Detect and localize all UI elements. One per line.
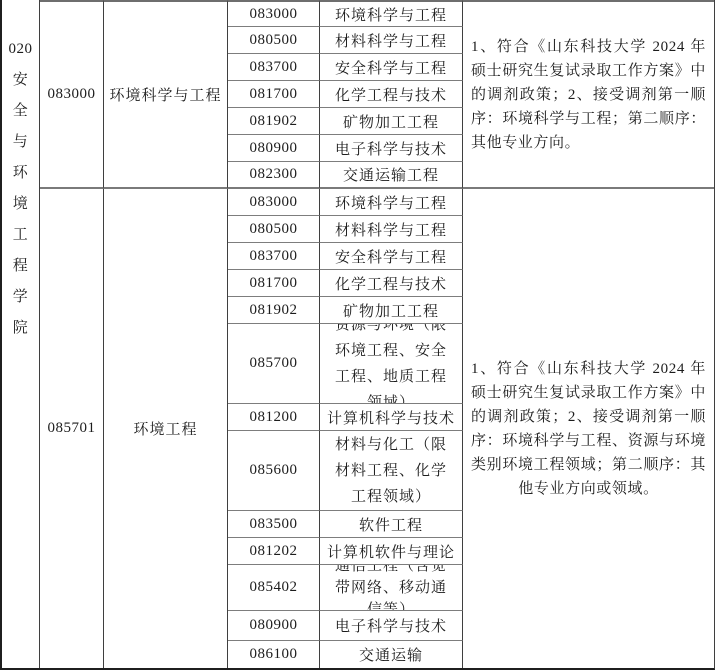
- sub-code-cell: 081202: [228, 538, 320, 565]
- sub-code-cell: 085700: [228, 324, 320, 404]
- sub-code-cell: 081902: [228, 297, 320, 324]
- sub-code-cell: 080900: [228, 611, 320, 641]
- sub-name-cell: 材料科学与工程: [320, 27, 463, 54]
- sub-code-cell: 083700: [228, 54, 320, 81]
- notes-cell: 1、符合《山东科技大学 2024 年硕士研究生复试录取工作方案》中的调剂政策；2…: [463, 0, 714, 189]
- sub-name-cell: 软件工程: [320, 511, 463, 538]
- major-name-cell: 环境科学与工程: [104, 0, 228, 189]
- sub-name-cell: 交通运输工程: [320, 162, 463, 189]
- college-name-char: 与: [13, 127, 29, 158]
- notes-text: 1、符合《山东科技大学 2024 年硕士研究生复试录取工作方案》中的调剂政策；2…: [471, 35, 706, 155]
- sub-name-cell: 化学工程与技术: [320, 270, 463, 297]
- college-name-char: 程: [13, 251, 29, 282]
- major-name-cell: 环境工程: [104, 189, 228, 668]
- sub-name-cell: 化学工程与技术: [320, 81, 463, 108]
- sub-name-cell: 电子科学与技术: [320, 611, 463, 641]
- sub-name-cell: 通信工程（含宽带网络、移动通信等）: [320, 565, 463, 611]
- notes-cell: 1、符合《山东科技大学 2024 年硕士研究生复试录取工作方案》中的调剂政策；2…: [463, 189, 714, 668]
- sub-code-cell: 081700: [228, 81, 320, 108]
- sub-name-cell: 电子科学与技术: [320, 135, 463, 162]
- sub-name-cell: 计算机科学与技术: [320, 404, 463, 431]
- sub-code-cell: 083700: [228, 243, 320, 270]
- sub-name-cell: 材料与化工（限材料工程、化学工程领域）: [320, 431, 463, 511]
- sub-code-cell: 082300: [228, 162, 320, 189]
- sub-code-cell: 080500: [228, 27, 320, 54]
- college-name-char: 院: [13, 313, 29, 344]
- document-page: 020 安 全 与 环 境 工 程 学 院 083000 环境科学与工程 083…: [0, 0, 715, 670]
- sub-code-cell: 081700: [228, 270, 320, 297]
- sub-name-cell: 材料科学与工程: [320, 216, 463, 243]
- sub-code-cell: 081902: [228, 108, 320, 135]
- sub-name-cell: 安全科学与工程: [320, 243, 463, 270]
- notes-text: 1、符合《山东科技大学 2024 年硕士研究生复试录取工作方案》中的调剂政策；2…: [471, 357, 706, 501]
- college-name-char: 安: [13, 65, 29, 96]
- sub-name-cell: 计算机软件与理论: [320, 538, 463, 565]
- college-name-char: 学: [13, 282, 29, 313]
- college-code: 020: [9, 34, 33, 65]
- sub-code-cell: 080900: [228, 135, 320, 162]
- college-name-char: 全: [13, 96, 29, 127]
- sub-name-cell: 安全科学与工程: [320, 54, 463, 81]
- sub-code-cell: 081200: [228, 404, 320, 431]
- sub-name-cell: 环境科学与工程: [320, 0, 463, 27]
- sub-code-cell: 083000: [228, 0, 320, 27]
- major-code-cell: 085701: [40, 189, 104, 668]
- sub-name-cell: 资源与环境（限环境工程、安全工程、地质工程领域）: [320, 324, 463, 404]
- adjustment-majors-table: 020 安 全 与 环 境 工 程 学 院 083000 环境科学与工程 083…: [0, 0, 715, 670]
- sub-code-cell: 083000: [228, 189, 320, 216]
- sub-code-cell: 080500: [228, 216, 320, 243]
- college-cell: 020 安 全 与 环 境 工 程 学 院: [2, 0, 40, 668]
- college-name-char: 境: [13, 189, 29, 220]
- sub-code-cell: 086100: [228, 641, 320, 668]
- sub-code-cell: 085402: [228, 565, 320, 611]
- major-code-cell: 083000: [40, 0, 104, 189]
- sub-name-cell: 矿物加工工程: [320, 297, 463, 324]
- sub-name-cell: 环境科学与工程: [320, 189, 463, 216]
- college-name-char: 环: [13, 158, 29, 189]
- sub-name-cell: 矿物加工工程: [320, 108, 463, 135]
- sub-name-cell: 交通运输: [320, 641, 463, 668]
- sub-code-cell: 085600: [228, 431, 320, 511]
- college-name-char: 工: [13, 220, 29, 251]
- sub-code-cell: 083500: [228, 511, 320, 538]
